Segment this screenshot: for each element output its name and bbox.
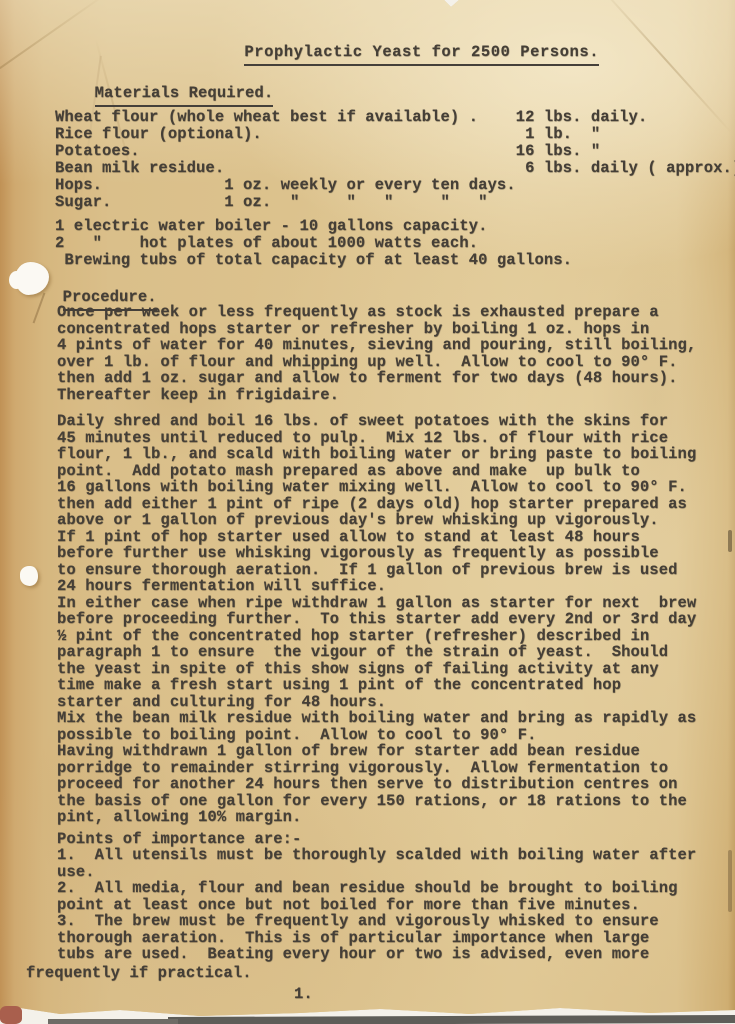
scan-backing-corner [0,1006,22,1024]
procedure-paragraph-2: Daily shred and boil 16 lbs. of sweet po… [57,413,696,826]
document-title-text: Prophylactic Yeast for 2500 Persons. [244,43,599,66]
points-list: 1. All utensils must be thoroughly scald… [57,847,696,963]
scan-backing-strip [168,1015,735,1024]
materials-list: Wheat flour (whole wheat best if availab… [55,109,735,211]
paper-hole [9,271,24,289]
procedure-paragraph-1: Once per week or less frequently as stoc… [57,304,696,403]
paper-crease [0,0,107,69]
points-overflow-line: frequently if practical. [26,964,252,982]
paper-sheet: Prophylactic Yeast for 2500 Persons. Mat… [0,0,735,1024]
paper-hole [20,566,38,586]
page-edge-mark [728,530,732,552]
equipment-list: 1 electric water boiler - 10 gallons cap… [55,218,572,269]
page-edge-mark [728,850,732,912]
scan-backing-strip [48,1019,178,1024]
scanned-document-photo: { "doc": { "title": "Prophylactic Yeast … [0,0,735,1024]
page-number: 1. [294,985,313,1003]
